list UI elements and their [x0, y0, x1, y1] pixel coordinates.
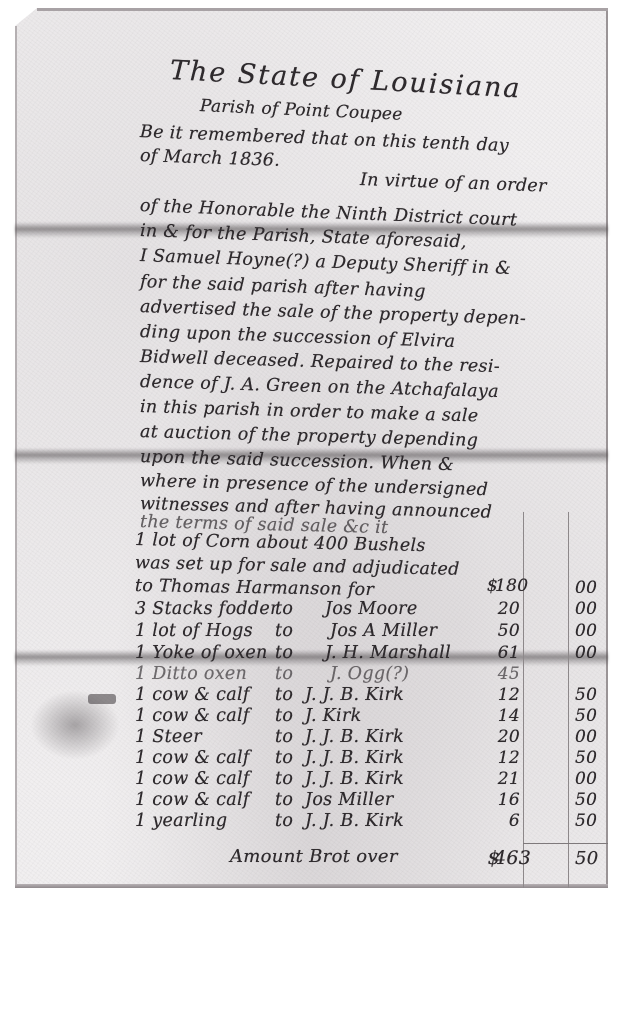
to-label: to: [275, 706, 293, 726]
amount-dollars: 50: [480, 621, 520, 641]
amount-cents: 00: [575, 727, 597, 747]
amount-cents: 00: [575, 643, 597, 663]
buyer-name: J. J. B. Kirk: [305, 769, 404, 789]
item-description: 3 Stacks fodder: [135, 599, 279, 619]
to-label: to: [275, 643, 293, 663]
buyer-name: J. J. B. Kirk: [305, 685, 404, 705]
amount-cents: 50: [575, 790, 597, 810]
item-description: 1 cow & calf: [135, 706, 250, 726]
amount-dollars: 20: [480, 599, 520, 619]
amount-dollars: 12: [480, 748, 520, 768]
item-description: 1 lot of Hogs: [135, 621, 253, 641]
item-description: 1 cow & calf: [135, 748, 250, 768]
to-label: to: [275, 664, 293, 684]
dollars-column-rule: [523, 512, 524, 888]
item-description: 1 Ditto oxen: [135, 664, 247, 684]
item-description: 1 Steer: [135, 727, 202, 747]
amount-dollars: 6: [480, 811, 520, 831]
to-label: to: [275, 621, 293, 641]
amount-cents: 00: [575, 621, 597, 641]
to-label: to: [275, 727, 293, 747]
item-description: 1 cow & calf: [135, 769, 250, 789]
total-rule: [523, 843, 608, 844]
amount-dollars: 20: [480, 727, 520, 747]
to-label: to: [275, 790, 293, 810]
amount-cents: 50: [575, 748, 597, 768]
buyer-name: J. H. Marshall: [325, 643, 451, 663]
buyer-name: Jos Moore: [325, 599, 418, 619]
buyer-name: Jos A Miller: [330, 621, 437, 641]
total-cents: 50: [575, 848, 599, 869]
to-label: to: [275, 769, 293, 789]
amount-cents: 50: [575, 811, 597, 831]
ink-blot: [88, 694, 116, 704]
amount-dollars: 45: [480, 664, 520, 684]
buyer-name: J. J. B. Kirk: [305, 727, 404, 747]
total-label: Amount Brot over: [230, 846, 398, 867]
buyer-name: Jos Miller: [305, 790, 394, 810]
cents-column-rule: [568, 512, 569, 888]
to-label: to: [275, 811, 293, 831]
buyer-name: J. Ogg(?): [330, 664, 409, 684]
amount-dollars: 21: [480, 769, 520, 789]
to-label: to: [275, 599, 293, 619]
to-label: to: [275, 685, 293, 705]
page-bottom-edge: [15, 884, 608, 888]
amount-cents: 50: [575, 706, 597, 726]
item-description: 1 Yoke of oxen: [135, 643, 268, 663]
total-dollars: 463: [494, 847, 524, 869]
item-1-line-3: to Thomas Harmanson for: [135, 576, 374, 600]
buyer-name: J. Kirk: [305, 706, 362, 726]
item-description: 1 yearling: [135, 811, 227, 831]
amount-cents: 00: [575, 769, 597, 789]
amount-cents: 50: [575, 685, 597, 705]
page-top-edge: [37, 8, 608, 11]
amount-dollars: 14: [480, 706, 520, 726]
buyer-name: J. J. B. Kirk: [305, 748, 404, 768]
to-label: to: [275, 748, 293, 768]
item-description: 1 cow & calf: [135, 685, 250, 705]
item-description: 1 cow & calf: [135, 790, 250, 810]
item-1-dollars: 180: [495, 576, 521, 596]
amount-dollars: 12: [480, 685, 520, 705]
amount-dollars: 16: [480, 790, 520, 810]
amount-cents: 00: [575, 599, 597, 619]
buyer-name: J. J. B. Kirk: [305, 811, 404, 831]
amount-dollars: 61: [480, 643, 520, 663]
item-1-cents: 00: [575, 578, 597, 598]
